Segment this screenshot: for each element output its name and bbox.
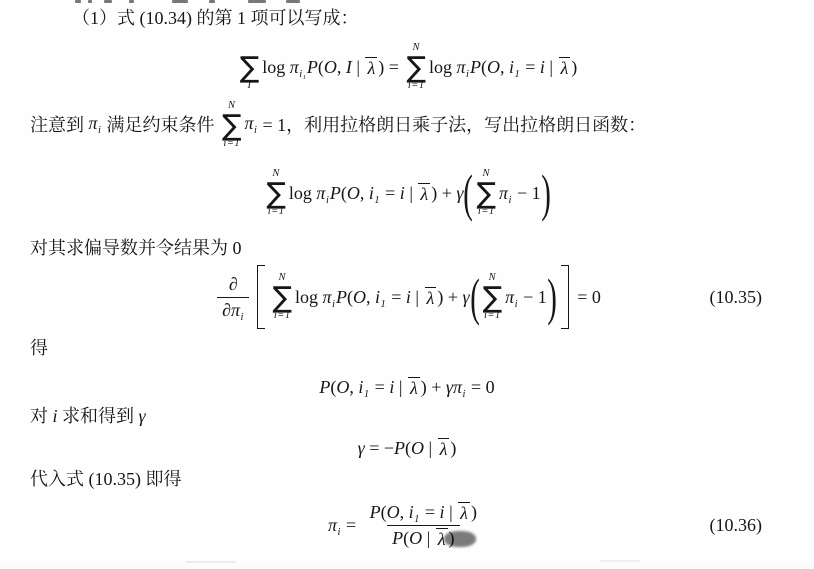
- eq-gamma: γ = −P(O | λ): [0, 433, 814, 463]
- math-token: ): [571, 57, 577, 78]
- math-token: |: [424, 438, 437, 459]
- scan-smudge: [444, 531, 476, 547]
- math-subscript: i: [338, 527, 341, 538]
- text-run: 得: [30, 338, 48, 358]
- overbar-variable: λ: [438, 438, 450, 458]
- math-token: ) +: [431, 183, 456, 204]
- math-token: ,: [337, 57, 346, 78]
- math-subscripted: πi: [505, 287, 518, 308]
- math-token: ,: [500, 57, 509, 78]
- math-token: P: [394, 438, 405, 459]
- overbar-variable: λ: [559, 57, 571, 77]
- math-subscript: i: [98, 119, 101, 143]
- big-paren: (: [464, 168, 474, 218]
- math-subscript: i: [463, 389, 466, 400]
- big-paren: ): [541, 168, 551, 218]
- summation-sigma: N∑i=1: [222, 101, 242, 150]
- math-subscript: i₁: [299, 69, 306, 80]
- artifact-mark: [209, 0, 215, 3]
- para-sum-over-i: 对 i 求和得到 γ: [0, 404, 814, 428]
- math-token: |: [352, 57, 365, 78]
- math-token: λ: [561, 58, 569, 78]
- summation-sigma: N∑i=1: [266, 169, 286, 218]
- math-token: = 1: [258, 113, 286, 137]
- summation-sigma: ∑I: [240, 43, 260, 92]
- para-derivative: 对其求偏导数并令结果为 0: [0, 236, 814, 260]
- sigma-icon: ∑: [272, 284, 292, 311]
- fraction-numerator: P(O, i1 = i | λ): [365, 502, 482, 525]
- math-token: O: [336, 377, 349, 398]
- sigma-icon: ∑: [266, 180, 286, 207]
- page-bottom-edge: [0, 563, 814, 569]
- math-subscripted: πi: [457, 57, 470, 78]
- sum-lower-limit: i=1: [484, 311, 501, 322]
- math-token: γ: [358, 438, 365, 459]
- math-subscripted: πi: [453, 377, 466, 398]
- math-subscripted: πi: [245, 111, 258, 139]
- math-subscript: 1: [514, 69, 519, 80]
- text-run: 代入式 (10.35) 即得: [30, 469, 182, 489]
- math-subscripted: i1: [369, 183, 381, 204]
- sum-lower-limit: i=1: [223, 139, 240, 150]
- text-run: ，利用拉格朗日乘子法，写出拉格朗日函数：: [286, 113, 646, 137]
- sigma-icon: ∑: [240, 54, 260, 81]
- big-paren: ): [547, 272, 557, 322]
- math-base: i: [509, 57, 514, 77]
- math-token: =: [381, 183, 400, 204]
- equation-number: (10.35): [710, 287, 763, 308]
- eq-10-35: ∂∂πiN∑i=1log πiP(O, i1 = i | λ) + γ(N∑i=…: [0, 260, 814, 334]
- math-subscripted: πi: [89, 111, 102, 139]
- sum-lower-limit: i=1: [274, 311, 291, 322]
- math-token: ∂: [222, 300, 231, 321]
- math-token: O: [347, 183, 360, 204]
- para-intro: （1）式 (10.34) 的第 1 项可以写成：: [0, 6, 814, 30]
- sigma-icon: ∑: [406, 54, 426, 81]
- math-token: |: [394, 377, 407, 398]
- math-subscripted: i1: [375, 287, 387, 308]
- math-base: π: [290, 57, 299, 77]
- artifact-mark: [104, 0, 112, 3]
- math-token: log: [429, 57, 457, 78]
- math-token: O: [409, 528, 422, 549]
- math-subscript: i: [466, 69, 469, 80]
- math-subscripted: πi: [323, 287, 336, 308]
- eq-stationarity: P(O, i1 = i | λ) + γπi = 0: [0, 370, 814, 404]
- math-token: λ: [427, 288, 435, 308]
- math-token: P: [370, 502, 381, 523]
- math-subscripted: πi: [499, 183, 512, 204]
- math-subscripted: πi: [231, 300, 244, 321]
- math-token: |: [445, 502, 458, 523]
- math-subscript: 1: [374, 195, 379, 206]
- artifact-mark: [129, 0, 134, 3]
- equation-number: (10.36): [710, 515, 763, 536]
- math-token: ,: [366, 287, 375, 308]
- artifact-mark: [172, 0, 188, 3]
- right-bracket: [561, 265, 569, 329]
- math-subscripted: πi: [328, 515, 341, 536]
- math-token: λ: [410, 378, 418, 398]
- math-token: |: [411, 287, 424, 308]
- eq-lagrange: N∑i=1log πiP(O, i1 = i | λ) + γ(N∑i=1πi …: [0, 160, 814, 226]
- math-token: P: [392, 528, 403, 549]
- overbar-variable: λ: [425, 287, 437, 307]
- math-token: P: [330, 183, 341, 204]
- math-token: =: [341, 515, 360, 536]
- math-token: ,: [400, 502, 409, 523]
- fraction-denominator: ∂πi: [217, 297, 249, 321]
- math-base: π: [505, 287, 514, 307]
- math-token: O: [487, 57, 500, 78]
- math-subscript: 1: [381, 299, 386, 310]
- document-page: （1）式 (10.34) 的第 1 项可以写成： ∑Ilog πi₁P(O, I…: [0, 0, 814, 569]
- scan-artifact-top: [0, 0, 320, 4]
- math-token: − 1: [512, 183, 540, 204]
- math-subscripted: i1: [509, 57, 521, 78]
- math-base: π: [323, 287, 332, 307]
- math-token: ,: [349, 377, 358, 398]
- math-token: λ: [367, 58, 375, 78]
- math-token: ): [471, 502, 477, 523]
- text-run: 注意到: [30, 113, 89, 137]
- math-token: |: [545, 57, 558, 78]
- text-run: 求和得到: [58, 406, 139, 426]
- math-token: ): [450, 438, 456, 459]
- math-base: i: [358, 377, 363, 397]
- artifact-mark: [248, 0, 266, 3]
- math-subscript: i: [509, 195, 512, 206]
- sum-lower-limit: i=1: [268, 207, 285, 218]
- overbar-variable: λ: [365, 57, 377, 77]
- math-base: i: [369, 183, 374, 203]
- math-token: ) +: [421, 377, 446, 398]
- math-base: π: [453, 377, 462, 397]
- math-subscripted: πi₁: [290, 57, 307, 78]
- para-constraint: 注意到 πi 满足约束条件 N∑i=1πi = 1，利用拉格朗日乘子法，写出拉格…: [0, 98, 814, 152]
- text-run: 对: [30, 406, 53, 426]
- math-base: π: [499, 183, 508, 203]
- text-run: 对其求偏导数并令结果为 0: [30, 238, 242, 258]
- artifact-mark: [75, 0, 81, 3]
- math-token: P: [336, 287, 347, 308]
- overbar-variable: λ: [418, 183, 430, 203]
- sum-lower-limit: I: [247, 81, 251, 92]
- math-token: γ: [139, 406, 146, 426]
- fraction-numerator: ∂: [224, 274, 243, 297]
- math-token: ) =: [378, 57, 403, 78]
- left-bracket: [257, 265, 265, 329]
- math-base: π: [328, 515, 337, 535]
- eq-first-term: ∑Ilog πi₁P(O, I | λ) = N∑i=1log πiP(O, i…: [0, 36, 814, 98]
- artifact-mark: [88, 0, 92, 3]
- math-token: λ: [420, 184, 428, 204]
- math-subscripted: πi: [316, 183, 329, 204]
- para-substitute: 代入式 (10.35) 即得: [0, 467, 814, 491]
- sigma-icon: ∑: [222, 112, 242, 139]
- math-base: i: [409, 502, 414, 522]
- summation-sigma: N∑i=1: [406, 43, 426, 92]
- math-token: =: [370, 377, 389, 398]
- math-token: γ: [462, 287, 469, 308]
- overbar-variable: λ: [408, 377, 420, 397]
- math-subscripted: i1: [358, 377, 370, 398]
- summation-sigma: N∑i=1: [272, 273, 292, 322]
- math-subscript: 1: [364, 389, 369, 400]
- math-token: = 0: [466, 377, 494, 398]
- math-subscripted: i1: [409, 502, 421, 523]
- math-base: π: [316, 183, 325, 203]
- math-subscript: i: [515, 299, 518, 310]
- scan-speck: [600, 560, 640, 562]
- math-token: log: [295, 287, 323, 308]
- math-token: P: [470, 57, 481, 78]
- math-token: = −: [365, 438, 394, 459]
- math-subscript: i: [332, 299, 335, 310]
- math-token: O: [387, 502, 400, 523]
- math-token: P: [307, 57, 318, 78]
- math-token: λ: [460, 503, 468, 523]
- summation-sigma: N∑i=1: [483, 273, 503, 322]
- math-base: π: [245, 113, 254, 133]
- sigma-icon: ∑: [476, 180, 496, 207]
- math-token: ) +: [437, 287, 462, 308]
- math-token: log: [289, 183, 317, 204]
- math-base: π: [89, 113, 98, 133]
- math-token: γ: [446, 377, 453, 398]
- math-token: =: [521, 57, 540, 78]
- math-token: =: [420, 502, 439, 523]
- math-subscript: i: [241, 312, 244, 324]
- fraction: ∂∂πi: [217, 274, 249, 320]
- big-paren: (: [470, 272, 480, 322]
- math-subscript: 1: [414, 514, 419, 526]
- math-token: =: [387, 287, 406, 308]
- math-base: i: [375, 287, 380, 307]
- math-token: ,: [360, 183, 369, 204]
- sum-lower-limit: i=1: [478, 207, 495, 218]
- math-token: ∂: [229, 274, 238, 295]
- eq-10-36: πi = P(O, i1 = i | λ)P(O | λ)(10.36): [0, 494, 814, 556]
- math-token: P: [319, 377, 330, 398]
- math-token: − 1: [519, 287, 547, 308]
- artifact-mark: [286, 0, 300, 3]
- math-token: = 0: [573, 287, 601, 308]
- text-run: 满足约束条件: [102, 113, 219, 137]
- math-token: |: [422, 528, 435, 549]
- sigma-icon: ∑: [483, 284, 503, 311]
- summation-sigma: N∑i=1: [476, 169, 496, 218]
- math-token: log: [262, 57, 290, 78]
- sum-lower-limit: i=1: [408, 81, 425, 92]
- math-base: π: [231, 300, 240, 320]
- math-subscript: i: [326, 195, 329, 206]
- math-token: O: [353, 287, 366, 308]
- math-token: O: [411, 438, 424, 459]
- math-base: π: [457, 57, 466, 77]
- math-token: |: [405, 183, 418, 204]
- text-run: （1）式 (10.34) 的第 1 项可以写成：: [72, 8, 359, 28]
- math-token: λ: [440, 439, 448, 459]
- math-subscript: i: [254, 119, 257, 143]
- overbar-variable: λ: [458, 502, 470, 522]
- math-token: O: [324, 57, 337, 78]
- para-obtain: 得: [0, 336, 814, 360]
